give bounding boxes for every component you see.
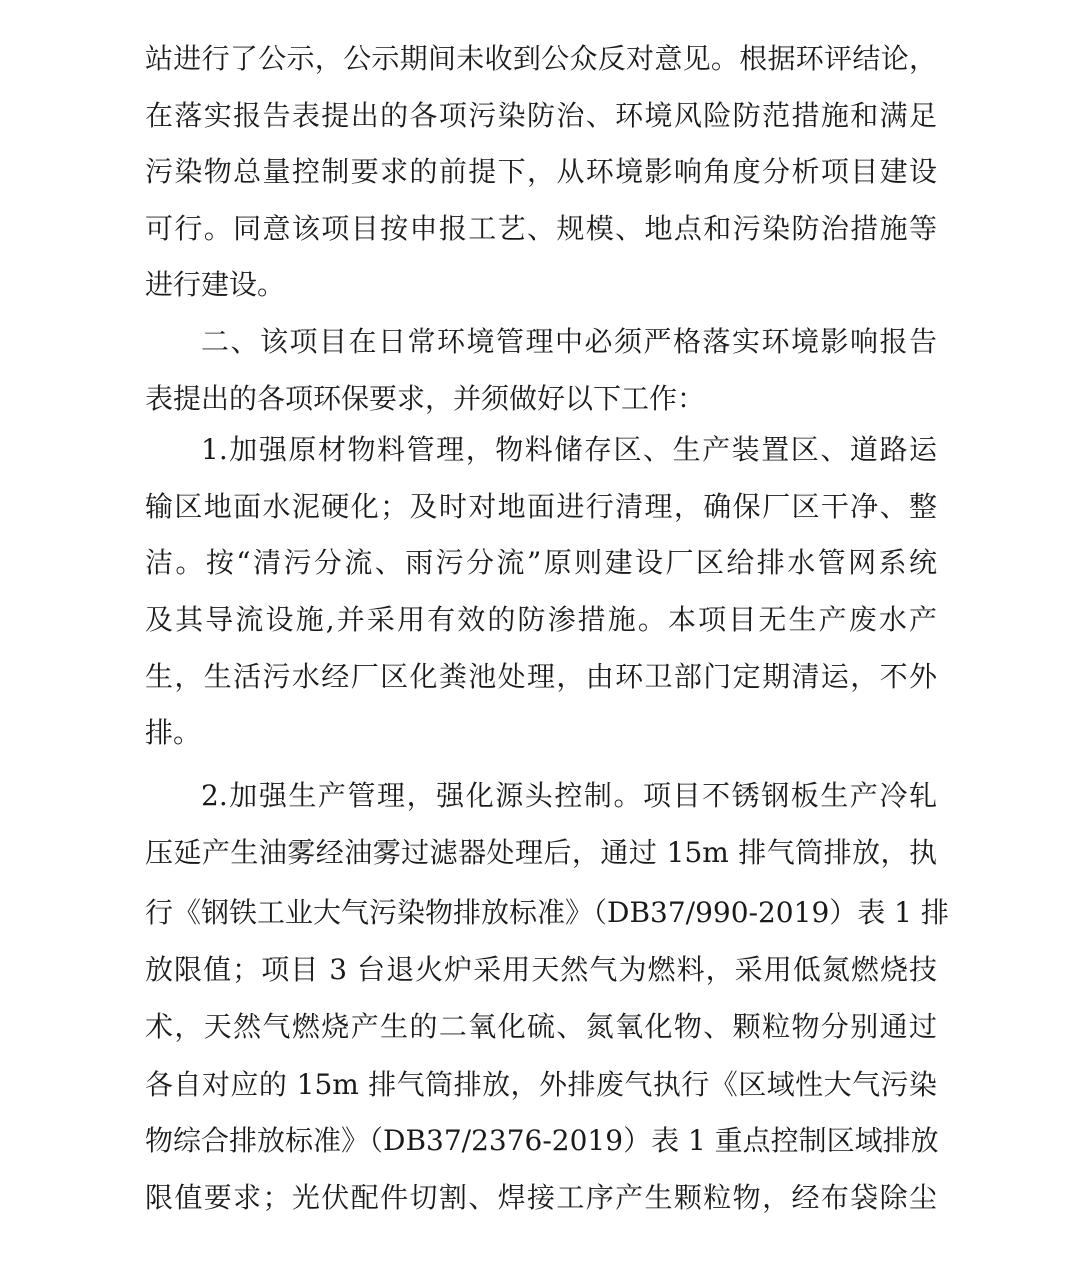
list-item-line: 1.加强原材物料管理，物料储存区、生产装置区、道路运 xyxy=(201,430,937,470)
text-line: 物综合排放标准》（DB37/2376-2019）表 1 重点控制区域排放 xyxy=(145,1121,937,1161)
section-heading-line: 二、该项目在日常环境管理中必须严格落实环境影响报告 xyxy=(201,322,937,362)
text-line: 在落实报告表提出的各项污染防治、环境风险防范措施和满足 xyxy=(145,96,937,136)
text-line: 放限值；项目 3 台退火炉采用天然气为燃料，采用低氮燃烧技 xyxy=(145,950,937,990)
text-line: 术，天然气燃烧产生的二氧化硫、氮氧化物、颗粒物分别通过 xyxy=(145,1007,937,1047)
text-line: 输区地面水泥硬化；及时对地面进行清理，确保厂区干净、整 xyxy=(145,487,937,527)
text-line: 及其导流设施,并采用有效的防渗措施。本项目无生产废水产 xyxy=(145,600,937,640)
text-line: 限值要求；光伏配件切割、焊接工序产生颗粒物，经布袋除尘 xyxy=(145,1178,937,1218)
text-line: 生，生活污水经厂区化粪池处理，由环卫部门定期清运，不外 xyxy=(145,657,937,697)
text-line: 各自对应的 15m 排气筒排放，外排废气执行《区域性大气污染 xyxy=(145,1065,937,1105)
text-line: 行《钢铁工业大气污染物排放标准》（DB37/990-2019）表 1 排 xyxy=(145,893,937,933)
text-line: 可行。同意该项目按申报工艺、规模、地点和污染防治措施等 xyxy=(145,209,937,249)
text-line: 表提出的各项环保要求，并须做好以下工作： xyxy=(145,379,937,419)
list-item-line: 2.加强生产管理，强化源头控制。项目不锈钢板生产冷轧 xyxy=(201,776,937,816)
text-line: 站进行了公示，公示期间未收到公众反对意见。根据环评结论， xyxy=(145,39,937,79)
document-page: 站进行了公示，公示期间未收到公众反对意见。根据环评结论， 在落实报告表提出的各项… xyxy=(0,0,1080,1270)
text-line: 进行建设。 xyxy=(145,265,937,305)
text-line: 洁。按“清污分流、雨污分流”原则建设厂区给排水管网系统 xyxy=(145,543,937,583)
text-line: 排。 xyxy=(145,713,937,753)
text-line: 污染物总量控制要求的前提下，从环境影响角度分析项目建设 xyxy=(145,152,937,192)
text-line: 压延产生油雾经油雾过滤器处理后，通过 15m 排气筒排放，执 xyxy=(145,833,937,873)
